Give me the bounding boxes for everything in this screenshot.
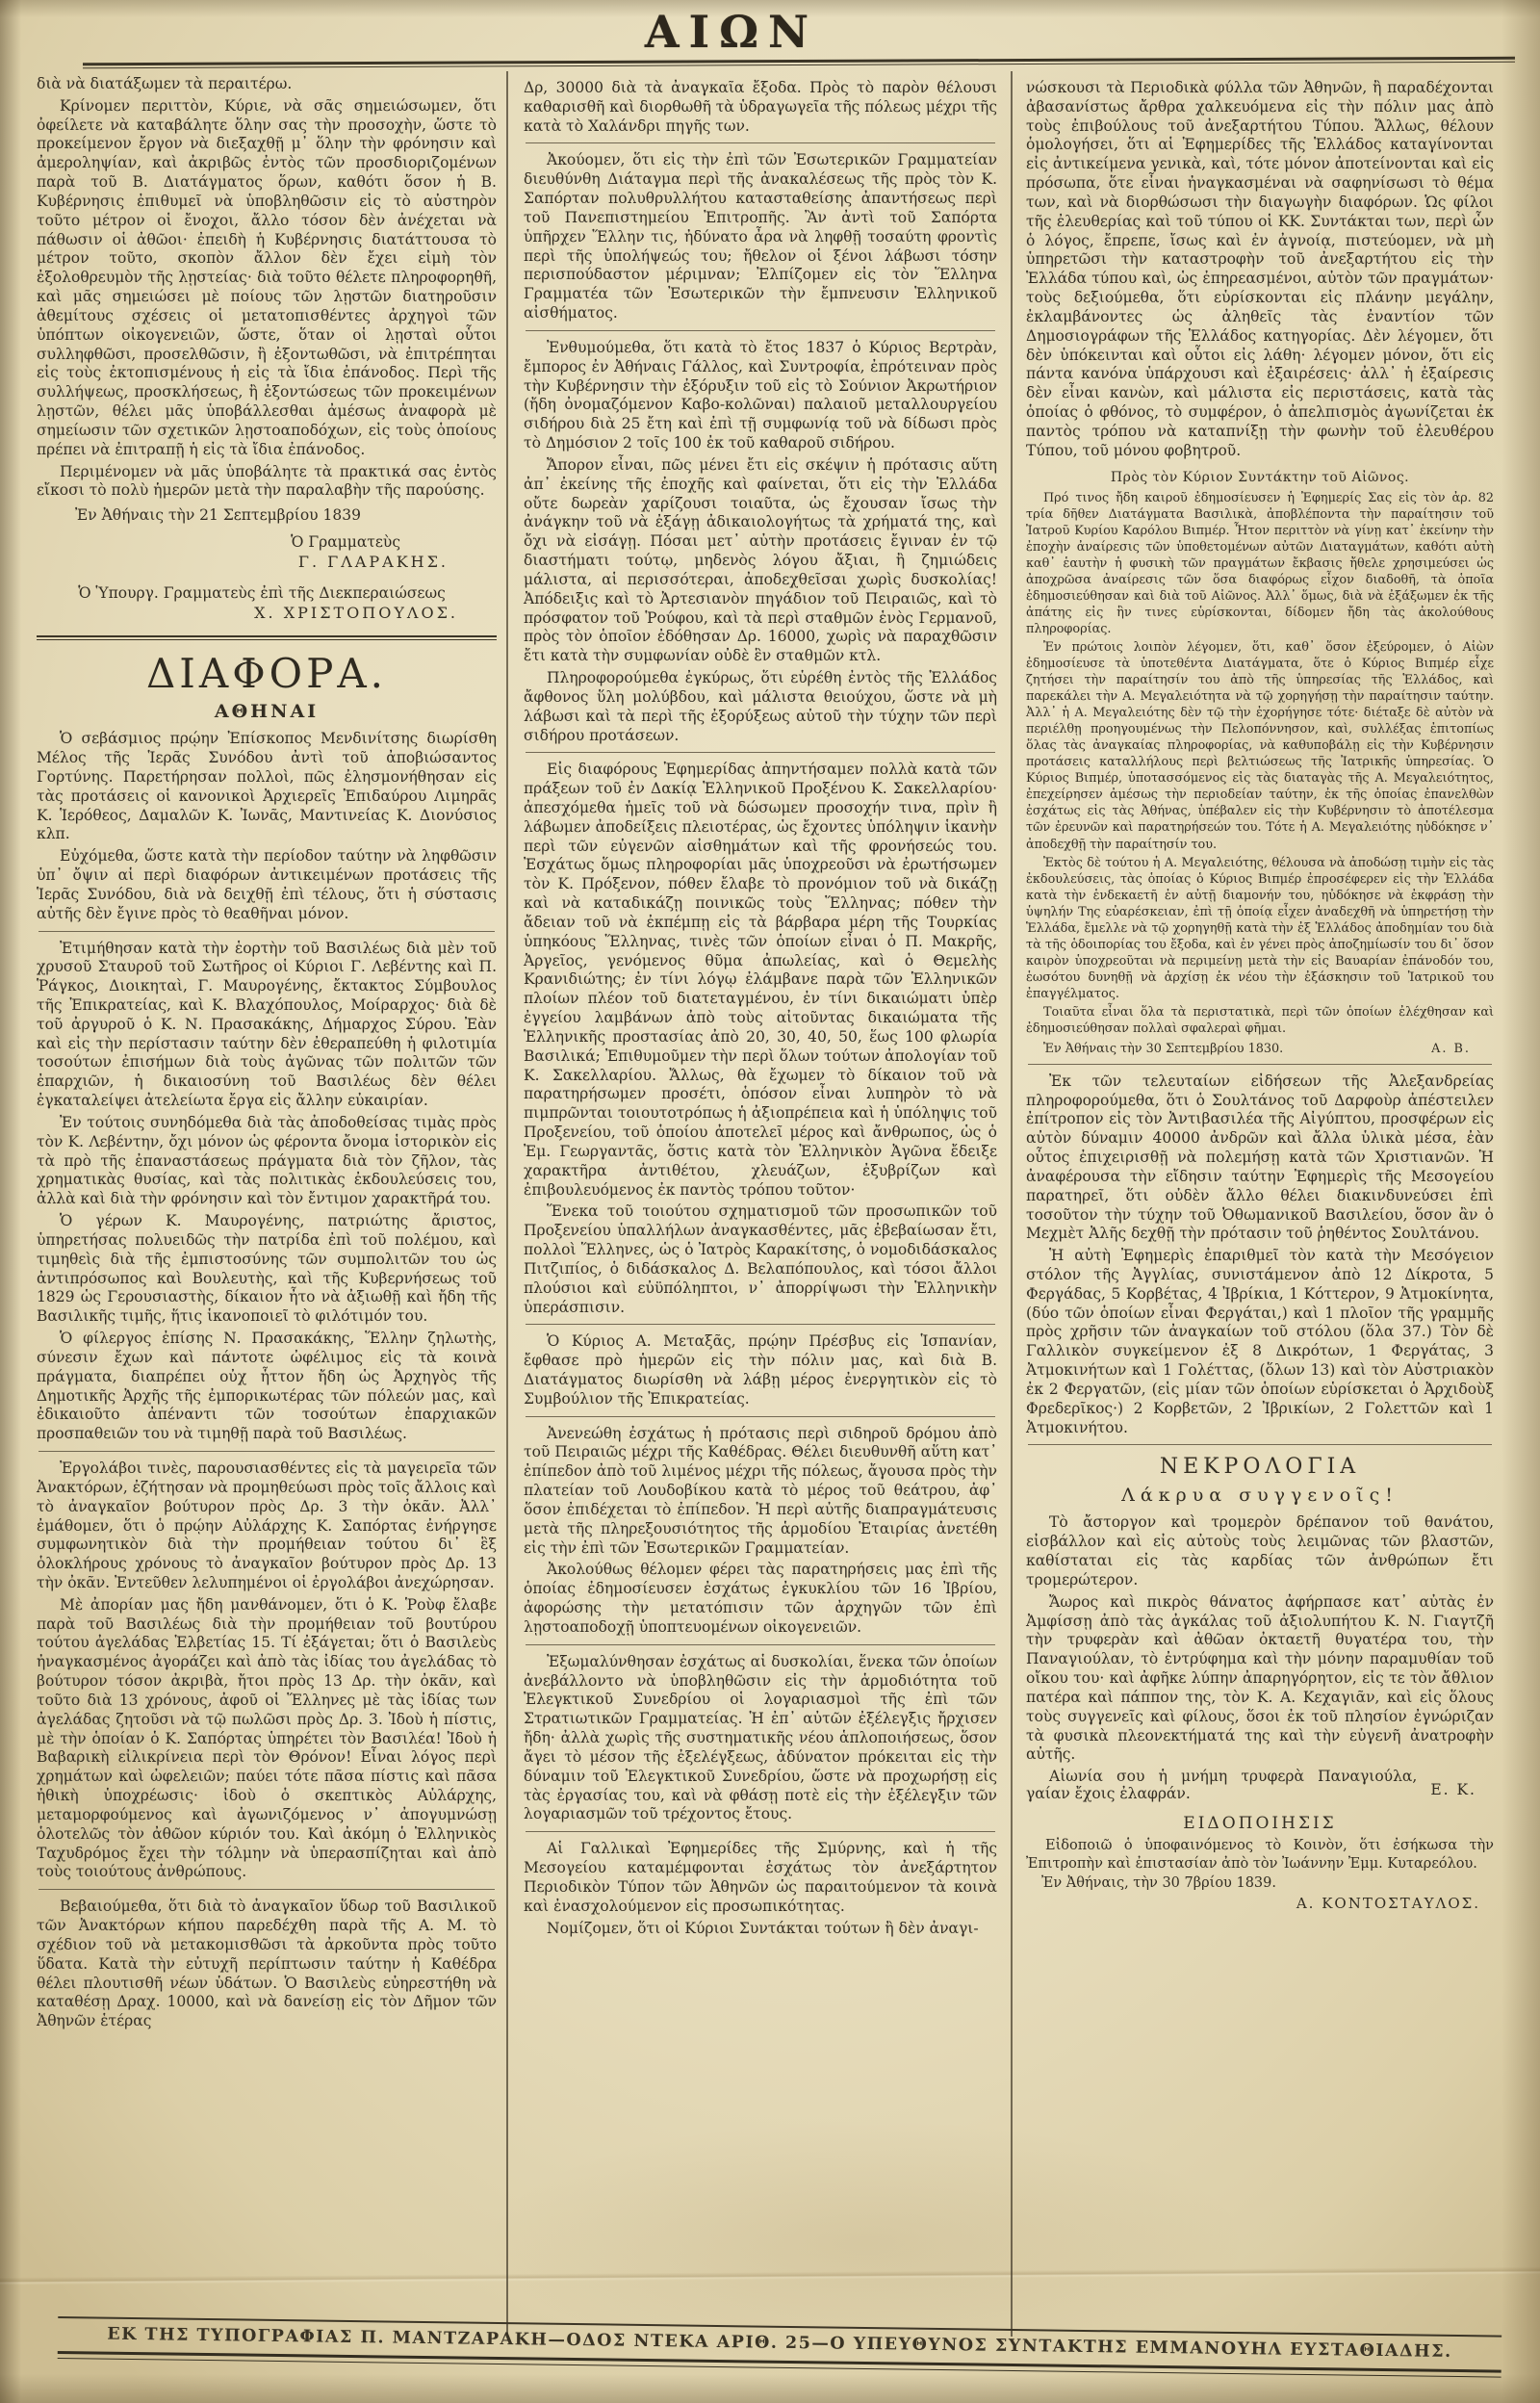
item-divider [1028,1064,1491,1065]
letter-paragraph: Ἐν πρώτοις λοιπὸν λέγομεν, ὅτι, καθ᾽ ὅσο… [1026,639,1494,852]
newspaper-title: ΑΙΩΝ [645,6,818,58]
column-left: διὰ νὰ διατάξωμεν τὰ περαιτέρω. Κρίνομεν… [29,71,506,2318]
item-divider [526,752,994,753]
news-item: Ἕνεκα τοῦ τοιούτου σχηματισμοῦ τῶν προσω… [524,1202,997,1317]
necrology-heading: ΝΕΚΡΟΛΟΓΙΑ [1026,1455,1494,1479]
news-item: Ἐνθυμούμεθα, ὅτι κατὰ τὸ ἔτος 1837 ὁ Κύρ… [524,339,997,453]
newspaper-sheet: ΑΙΩΝ διὰ νὰ διατάξωμεν τὰ περαιτέρω. Κρί… [0,0,1540,2403]
item-divider [526,142,994,143]
section-subheading: ΑΘΗΝΑΙ [37,701,497,722]
item-divider [526,330,994,331]
signature-role: Ὁ Γραμματεὺς [37,533,400,551]
necrology-paragraph: Τὸ ἄστοργον καὶ τρομερὸν δρέπανον τοῦ θα… [1026,1513,1494,1589]
notice-dateline: Ἐν Ἀθήναις, τὴν 30 7βρίου 1839. [1026,1875,1494,1891]
item-divider [526,1644,994,1645]
letter-signature: Α. Β. [1431,1041,1471,1057]
letter-dateline: Ἐν Ἀθήναις τὴν 30 Σεπτεμβρίου 1830. [1026,1041,1283,1057]
column-layout: διὰ νὰ διατάξωμεν τὰ περαιτέρω. Κρίνομεν… [29,71,1511,2314]
item-divider [38,1451,494,1452]
column-rule [506,71,508,2337]
notice-heading: ΕΙΔΟΠΟΙΗΣΙΣ [1026,1814,1494,1833]
dateline: Ἐν Ἀθήναις τὴν 21 Σεπτεμβρίου 1839 [37,506,497,524]
news-item: Βεβαιούμεθα, ὅτι διὰ τὸ ἀναγκαῖον ὕδωρ τ… [37,1898,497,2031]
news-item: Ὁ φίλεργος ἐπίσης Ν. Πρασακάκης, Ἕλλην ζ… [37,1330,497,1444]
paragraph: διὰ νὰ διατάξωμεν τὰ περαιτέρω. [37,75,497,94]
letter-title: Πρὸς τὸν Κύριον Συντάκτην τοῦ Αἰῶνος. [1026,469,1494,487]
news-item: Ὁ γέρων Κ. Μαυρογένης, πατριώτης ἄριστος… [37,1212,497,1327]
signature-block: Ὁ Γραμματεὺς Γ. ΓΛΑΡΑΚΗΣ. Ὁ Ὑπουργ. Γραμ… [37,533,487,622]
necrology-subheading: Λάκρυα συγγενοῖς! [1026,1485,1494,1506]
news-item: Ἀκούομεν, ὅτι εἰς τὴν ἐπὶ τῶν Ἐσωτερικῶν… [524,151,997,323]
signature-role: Ὁ Ὑπουργ. Γραμματεὺς ἐπὶ τῆς Διεκπεραιώσ… [37,584,487,602]
letter-to-editor: Πρὸς τὸν Κύριον Συντάκτην τοῦ Αἰῶνος. Πρ… [1026,469,1494,1057]
news-item: Ἄπορον εἶναι, πῶς μένει ἔτι εἰς σκέψιν ἡ… [524,456,997,666]
item-divider [38,931,494,932]
item-divider [38,1889,494,1890]
news-item: Εἰς διαφόρους Ἐφημερίδας ἀπηντήσαμεν πολ… [524,761,997,1200]
signature-name: Χ. ΧΡΙΣΤΟΠΟΥΛΟΣ. [37,604,458,622]
news-item: Αἱ Γαλλικαὶ Ἐφημερίδες τῆς Σμύρνης, καὶ … [524,1840,997,1916]
necrology-paragraph: Ἄωρος καὶ πικρὸς θάνατος ἀφήρπασε κατ᾽ α… [1026,1593,1494,1765]
news-item: Δρ, 30000 διὰ τὰ ἀναγκαῖα ἔξοδα. Πρὸς τὸ… [524,79,997,136]
item-divider [526,1324,994,1325]
news-item: Νομίζομεν, ὅτι οἱ Κύριοι Συντάκται τούτω… [524,1920,997,1939]
news-item: Πληροφορούμεθα ἐγκύρως, ὅτι εὑρέθη ἐντὸς… [524,669,997,745]
signature-name: Γ. ΓΛΑΡΑΚΗΣ. [37,553,449,571]
column-middle: Δρ, 30000 διὰ τὰ ἀναγκαῖα ἔξοδα. Πρὸς τὸ… [508,71,1011,2322]
imprint-footer: ΕΚ ΤΗΣ ΤΥΠΟΓΡΑΦΙΑΣ Π. ΜΑΝΤΖΑΡΑΚΗ—ΟΔΟΣ ΝΤ… [58,2316,1501,2378]
news-item: Ἡ αὐτὴ Ἐφημερὶς ἐπαριθμεῖ τὸν κατὰ τὴν Μ… [1026,1247,1494,1437]
notice-section: ΕΙΔΟΠΟΙΗΣΙΣ Εἰδοποιῶ ὁ ὑποφαινόμενος τὸ … [1026,1814,1494,1912]
news-item: Ὁ Κύριος Α. Μεταξᾶς, πρῴην Πρέσβυς εἰς Ἱ… [524,1332,997,1408]
necrology-section: ΝΕΚΡΟΛΟΓΙΑ Λάκρυα συγγενοῖς! Τὸ ἄστοργον… [1026,1455,1494,1802]
section-heading: ΔΙΑΦΟΡΑ. [37,650,497,697]
news-item: Μὲ ἀπορίαν μας ἤδη μανθάνομεν, ὅτι ὁ Κ. … [37,1596,497,1882]
letter-paragraph: Ἐκτὸς δὲ τούτου ἡ Α. Μεγαλειότης, θέλουσ… [1026,855,1494,1002]
item-divider [526,1831,994,1832]
newspaper-page-scan: { "page": { "title": "ΑΙΩΝ" }, "left_col… [0,0,1540,2403]
letter-closing: Ἐν Ἀθήναις τὴν 30 Σεπτεμβρίου 1830. Α. Β… [1026,1041,1494,1057]
necrology-signature: Ε. Κ. [1430,1781,1476,1802]
necrology-epitaph: Αἰωνία σου ἡ μνήμη τρυφερὰ Παναγιούλα, γ… [1026,1768,1417,1802]
masthead: ΑΙΩΝ [0,6,1463,58]
paragraph: Περιμένομεν νὰ μᾶς ὑποβάλητε τὰ πρακτικά… [37,463,497,502]
necrology-closing: Αἰωνία σου ἡ μνήμη τρυφερὰ Παναγιούλα, γ… [1026,1768,1494,1802]
column-right: νώσκουσι τὰ Περιοδικὰ φύλλα τῶν Ἀθηνῶν, … [1013,71,1500,2322]
news-item: Ἐργολάβοι τινὲς, παρουσιασθέντες εἰς τὰ … [37,1460,497,1593]
section-divider [37,635,497,640]
item-divider [526,1416,994,1417]
news-item: Ὁ σεβάσμιος πρῴην Ἐπίσκοπος Μενδινίτσης … [37,730,497,844]
notice-signature: Α. ΚΟΝΤΟΣΤΑΥΛΟΣ. [1026,1895,1480,1912]
news-item: Ἀνενεώθη ἐσχάτως ἡ πρότασις περὶ σιδηροῦ… [524,1425,997,1559]
news-item: Ἐξωμαλύνθησαν ἐσχάτως αἱ δυσκολίαι, ἕνεκ… [524,1653,997,1824]
item-divider [1028,1444,1491,1445]
letter-paragraph: Τοιαῦτα εἶναι ὅλα τὰ περιστατικὰ, περὶ τ… [1026,1004,1494,1037]
paragraph: Κρίνομεν περιττὸν, Κύριε, νὰ σᾶς σημειώσ… [37,97,497,460]
letter-paragraph: Πρό τινος ἤδη καιροῦ ἐδημοσίευσεν ἡ Ἐφημ… [1026,490,1494,637]
news-item: νώσκουσι τὰ Περιοδικὰ φύλλα τῶν Ἀθηνῶν, … [1026,79,1494,461]
news-item: Ἐκ τῶν τελευταίων εἰδήσεων τῆς Ἀλεξανδρε… [1026,1072,1494,1244]
news-item: Ἀκολούθως θέλομεν φέρει τὰς παρατηρήσεις… [524,1561,997,1637]
notice-body: Εἰδοποιῶ ὁ ὑποφαινόμενος τὸ Κοινὸν, ὅτι … [1026,1837,1494,1873]
news-item: Ἐν τούτοις συνηδόμεθα διὰ τὰς ἀποδοθείσα… [37,1114,497,1209]
column-rule [1011,71,1013,2337]
masthead-rule [83,57,1515,68]
news-item: Εὐχόμεθα, ὥστε κατὰ τὴν περίοδον ταύτην … [37,847,497,923]
news-item: Ἐτιμήθησαν κατὰ τὴν ἑορτὴν τοῦ Βασιλέως … [37,940,497,1111]
